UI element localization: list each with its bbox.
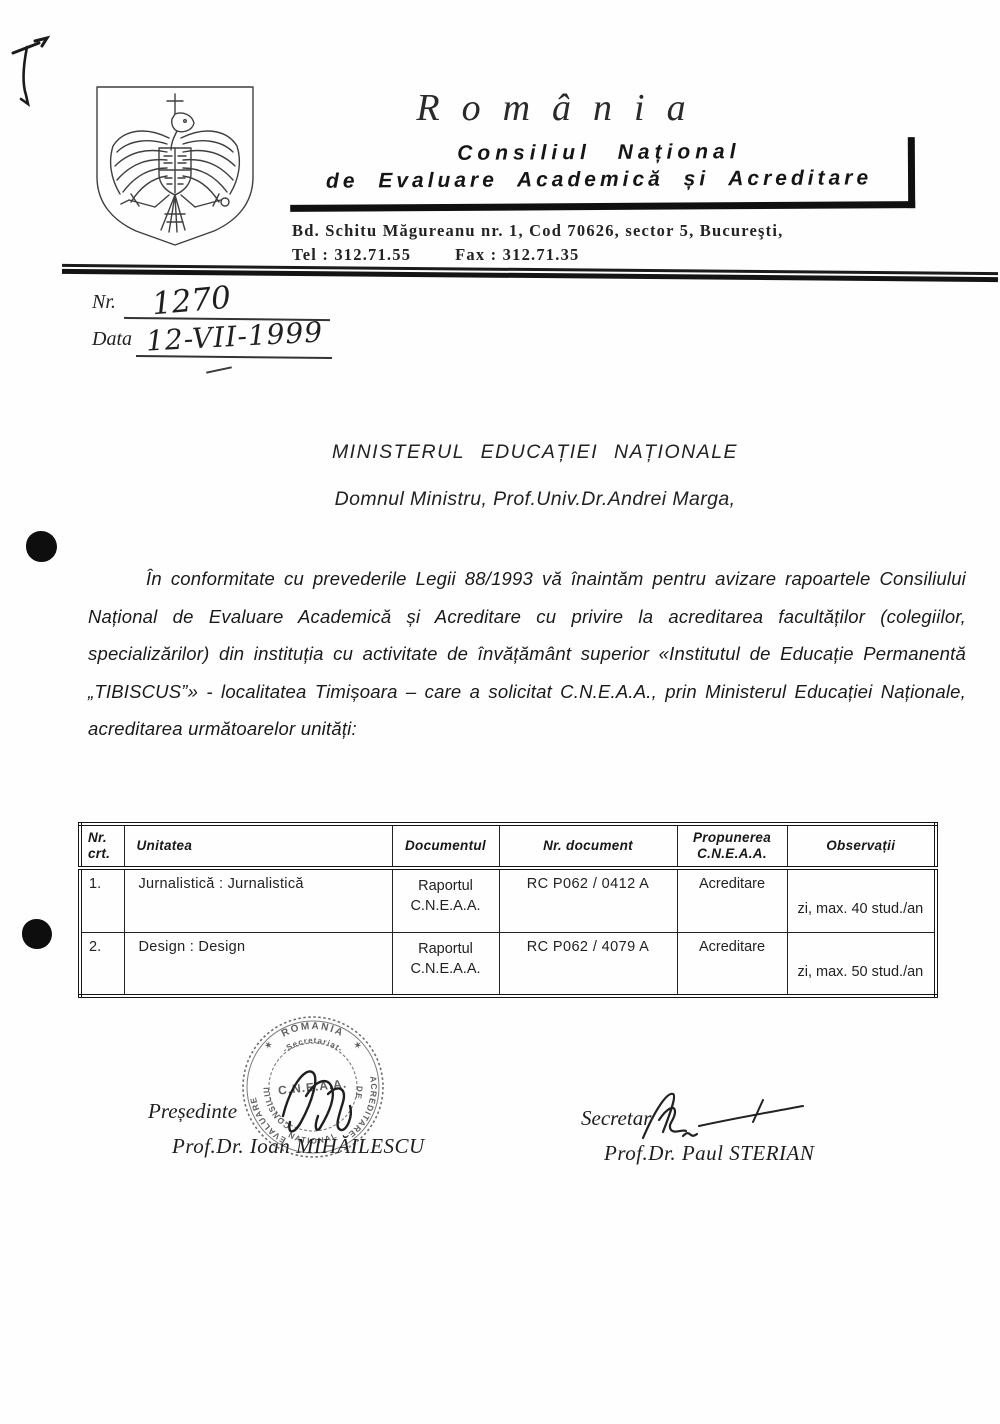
svg-text:✶: ✶ [262, 1039, 274, 1051]
pen-mark [5, 33, 69, 113]
svg-text:✶: ✶ [351, 1039, 363, 1051]
nr-handwritten-value: 1270 [151, 280, 233, 323]
street-address: Bd. Schitu Măgureanu nr. 1, Cod 70626, s… [292, 221, 932, 241]
cell-nr: 1. [80, 868, 124, 932]
accreditation-table: Nr. crt. Unitatea Documentul Nr. documen… [78, 822, 938, 998]
stamp-star-left: ✶ [262, 1039, 274, 1051]
romania-coat-of-arms [85, 82, 265, 250]
cell-propunerea: Acreditare [677, 932, 787, 996]
ink-dot-artifact [22, 919, 52, 949]
cell-nr-document: RC P062 / 4079 A [499, 932, 677, 996]
scanned-letter-page: România Consiliul Național de Evaluare A… [0, 0, 1000, 1424]
cell-observatii: zi, max. 40 stud./an [787, 868, 936, 932]
stamp-secretariat-text: -Secretariat- [281, 1036, 345, 1054]
recipient-ministry: MINISTERUL EDUCAȚIEI NAȚIONALE [35, 441, 1000, 464]
table-header-row: Nr. crt. Unitatea Documentul Nr. documen… [80, 824, 936, 868]
stamp-de-text: DE [354, 1086, 365, 1101]
ink-dot-artifact [26, 531, 57, 562]
council-name-box: Consiliul Național de Evaluare Academică… [290, 137, 915, 212]
address-block: Bd. Schitu Măgureanu nr. 1, Cod 70626, s… [292, 221, 932, 265]
telephone: Tel : 312.71.55 [292, 245, 411, 264]
header-divider-rule [62, 264, 998, 282]
cell-nr-document: RC P062 / 0412 A [499, 868, 677, 932]
letter-body-paragraph: În conformitate cu prevederile Legii 88/… [88, 560, 966, 748]
secretary-signature-scrawl [615, 1078, 815, 1148]
cell-nr: 2. [80, 932, 124, 996]
cell-propunerea: Acreditare [677, 868, 787, 932]
recipient-minister: Domnul Ministru, Prof.Univ.Dr.Andrei Mar… [35, 488, 1000, 511]
header-nr-document: Nr. document [499, 824, 677, 868]
cell-unitatea: Design : Design [124, 932, 392, 996]
date-label: Data [92, 328, 132, 351]
cell-documentul: Raportul C.N.E.A.A. [392, 932, 499, 996]
cell-documentul: Raportul C.N.E.A.A. [392, 868, 499, 932]
pen-tick-mark [206, 366, 232, 373]
header-unitatea: Unitatea [124, 824, 392, 868]
country-title: România [302, 86, 822, 130]
header-nr-crt: Nr. crt. [80, 824, 124, 868]
header-propunerea: Propunerea C.N.E.A.A. [677, 824, 787, 868]
phone-line: Tel : 312.71.55Fax : 312.71.35 [292, 245, 932, 265]
table-row: 1. Jurnalistică : Jurnalistică Raportul … [80, 868, 936, 932]
units-table: Nr. crt. Unitatea Documentul Nr. documen… [78, 822, 938, 998]
table-row: 2. Design : Design Raportul C.N.E.A.A. R… [80, 932, 936, 996]
cell-unitatea: Jurnalistică : Jurnalistică [124, 868, 392, 932]
fax: Fax : 312.71.35 [455, 245, 579, 264]
cell-observatii: zi, max. 50 stud./an [787, 932, 936, 996]
header-observatii: Observații [787, 824, 936, 868]
svg-text:DE: DE [354, 1086, 365, 1101]
president-title: Președinte [148, 1099, 237, 1124]
president-name: Prof.Dr. Ioan MIHĂILESCU [172, 1134, 425, 1159]
nr-label: Nr. [92, 291, 116, 314]
svg-text:-Secretariat-: -Secretariat- [281, 1036, 345, 1054]
header-documentul: Documentul [392, 824, 499, 868]
date-handwritten-value: 12-VII-1999 [145, 315, 324, 357]
council-name-line2: de Evaluare Academică și Acreditare [290, 166, 908, 194]
council-name-line1: Consiliul Național [290, 137, 908, 167]
stamp-star-right: ✶ [351, 1039, 363, 1051]
